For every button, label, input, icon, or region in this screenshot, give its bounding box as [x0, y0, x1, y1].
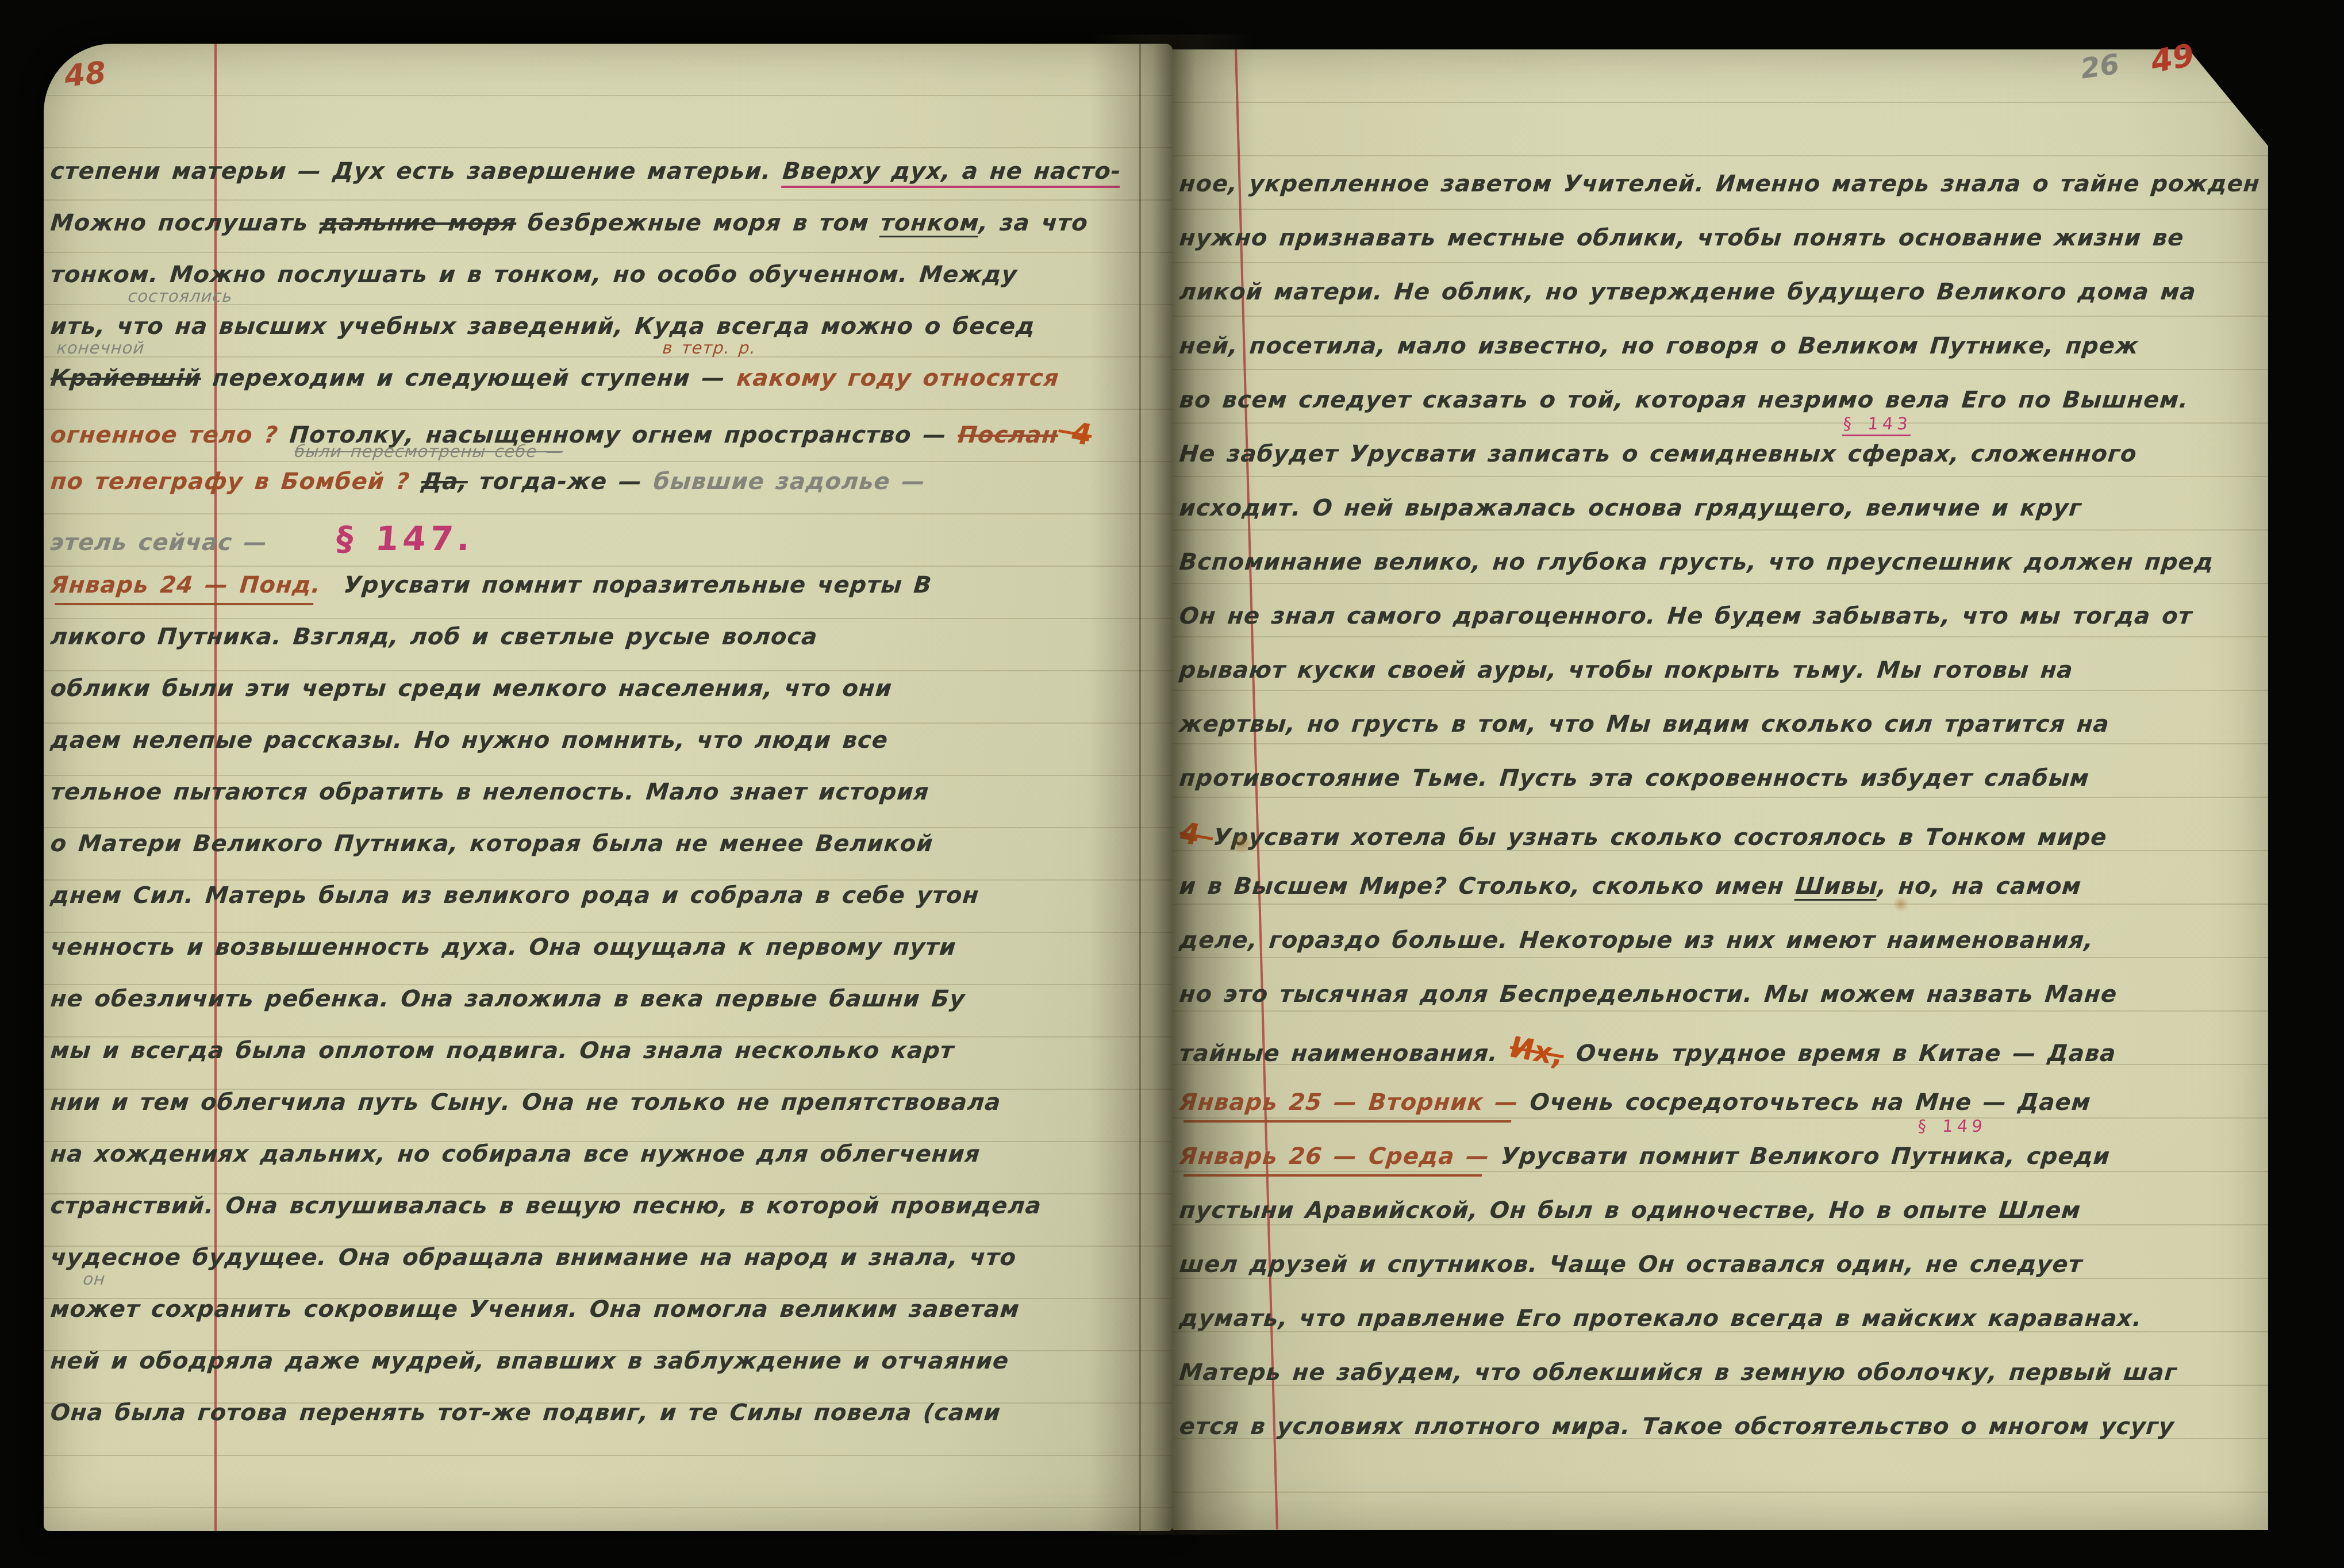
manuscript-line: и в Высшем Мире? Столько, сколько имен Ш… — [1178, 874, 2265, 899]
pencil-note: состоялись — [127, 287, 233, 306]
handwriting-text: Урусвати хотела бы узнать сколько состоя… — [1212, 824, 2108, 851]
manuscript-line: днем Сил. Матерь была из великого рода и… — [49, 883, 1169, 908]
handwriting-text: ется в условиях плотного мира. Такое обс… — [1178, 1413, 2176, 1440]
date-heading: Январь 25 — Вторник — — [1178, 1089, 1519, 1120]
manuscript-line: были пересмотрены себе —по телеграфу в Б… — [49, 469, 1169, 494]
handwriting-text: исходит. О ней выражалась основа грядуще… — [1178, 495, 2082, 521]
notebook-left-page: степени матерьи — Дух есть завершение ма… — [44, 44, 1173, 1531]
insertion-mark: 4 — [1176, 817, 1217, 854]
handwriting-text: Крайевшій — [49, 365, 202, 391]
handwriting-text: безбрежные моря в том — [515, 210, 882, 236]
manuscript-line: ликой матери. Не облик, но утверждение б… — [1178, 279, 2265, 305]
red-ink-note: Послан — [957, 422, 1060, 448]
manuscript-line: шел друзей и спутников. Чаще Он оставалс… — [1178, 1252, 2265, 1277]
red-ink-note: огненное тело ? — [49, 422, 291, 448]
manuscript-line: нужно признавать местные облики, чтобы п… — [1178, 225, 2265, 251]
handwriting-text: Да, — [420, 468, 469, 495]
handwriting-text: шел друзей и спутников. Чаще Он оставалс… — [1178, 1251, 2084, 1278]
handwriting-text: не обезличить ребенка. Она заложила в ве… — [49, 986, 966, 1012]
manuscript-line: огненное тело ? Потолку, насыщенному огн… — [49, 417, 1170, 449]
handwriting-text: противостояние Тьме. Пусть эта сокровенн… — [1178, 765, 2091, 791]
handwriting-text: мы и всегда была оплотом подвига. Она зн… — [49, 1037, 955, 1064]
manuscript-line: Январь 24 — Понд. Урусвати помнит порази… — [49, 572, 1169, 598]
handwriting-text: чудесное будущее. Она обращала внимание … — [49, 1244, 1017, 1271]
red-ink-note: по телеграфу в Бомбей ? — [49, 468, 422, 495]
handwriting-text: может сохранить сокровище Учения. Она по… — [49, 1296, 1021, 1323]
handwriting-text: ней и ободряла даже мудрей, впавших в за… — [49, 1348, 1010, 1374]
manuscript-line: о Матери Великого Путника, которая была … — [49, 831, 1169, 856]
manuscript-line: тайные наименования. Их, Очень трудное в… — [1178, 1036, 2265, 1067]
manuscript-line: Она была готова перенять тот-же подвиг, … — [49, 1400, 1169, 1425]
handwriting-text: ное, укрепленное заветом Учителей. Именн… — [1178, 171, 2261, 197]
handwriting-text: тогда-же — — [467, 468, 655, 495]
handwriting-text: Вспоминание велико, но глубока грусть, ч… — [1178, 549, 2215, 575]
manuscript-line: чудесное будущее. Она обращала внимание … — [49, 1245, 1169, 1270]
handwriting-text: нужно признавать местные облики, чтобы п… — [1178, 225, 2185, 251]
handwriting-text: ликого Путника. Взгляд, лоб и светлые ру… — [49, 624, 819, 650]
handwriting-text: Шивы — [1794, 873, 1879, 900]
manuscript-line: но это тысячная доля Беспредельности. Мы… — [1178, 982, 2265, 1007]
manuscript-line: противостояние Тьме. Пусть эта сокровенн… — [1178, 766, 2265, 791]
pencil-note: он — [82, 1270, 106, 1289]
handwriting-text: ченность и возвышенность духа. Она ощуща… — [49, 934, 957, 960]
manuscript-line: ней и ободряла даже мудрей, впавших в за… — [49, 1348, 1169, 1374]
pencil-note: были пересмотрены себе — — [294, 443, 564, 461]
page-number-right: 49 — [2148, 37, 2197, 80]
manuscript-line: Вспоминание велико, но глубока грусть, ч… — [1178, 549, 2265, 575]
manuscript-line: ное, укрепленное заветом Учителей. Именн… — [1178, 171, 2265, 197]
manuscript-line: Матерь не забудем, что облекшийся в земн… — [1178, 1360, 2265, 1385]
manuscript-line: жертвы, но грусть в том, что Мы видим ск… — [1178, 712, 2265, 737]
handwriting-text: переходим и следующей ступени — — [200, 365, 738, 391]
handwriting-text: на хождениях дальних, но собирала все ну… — [49, 1141, 981, 1167]
handwriting-text: Урусвати помнит поразительные черты В — [320, 572, 933, 598]
manuscript-line: § 143Не забудет Урусвати записать о семи… — [1178, 441, 2265, 467]
handwriting-text: Он не знал самого драгоценного. Не будем… — [1178, 603, 2193, 629]
handwriting-text: , за что — [978, 210, 1089, 236]
manuscript-line: состоялисьить, что на высших учебных зав… — [49, 314, 1169, 339]
manuscript-line: думать, что правление Его протекало всег… — [1178, 1306, 2265, 1331]
handwriting-text: тайные наименования. — [1178, 1040, 1511, 1067]
insertion-mark: Их, — [1507, 1031, 1568, 1072]
notebook-right-page: ное, укрепленное заветом Учителей. Именн… — [1173, 49, 2268, 1530]
handwriting-text: днем Сил. Матерь была из великого рода и… — [49, 882, 980, 909]
handwriting-text: даем нелепые рассказы. Но нужно помнить,… — [49, 727, 889, 754]
left-page-text: степени матерьи — Дух есть завершение ма… — [44, 44, 1173, 1531]
handwriting-text: степени матерьи — Дух есть завершение ма… — [49, 158, 784, 185]
red-ink-note: в тетр. р. — [662, 339, 756, 358]
manuscript-line: мы и всегда была оплотом подвига. Она зн… — [49, 1038, 1169, 1063]
pencil-note: бывшие задолье — — [652, 468, 927, 495]
manuscript-line: рывают куски своей ауры, чтобы покрыть т… — [1178, 658, 2265, 683]
handwriting-text: нии и тем облегчила путь Сыну. Она не то… — [49, 1089, 1002, 1116]
manuscript-line: тельное пытаются обратить в нелепость. М… — [49, 779, 1169, 805]
handwriting-text: облики были эти черты среди мелкого насе… — [49, 675, 893, 702]
handwriting-text: и в Высшем Мире? Столько, сколько имен — [1178, 873, 1797, 900]
handwriting-text: пустыни Аравийской, Он был в одиночестве… — [1178, 1197, 2082, 1224]
handwriting-text: Урусвати помнит Великого Путника, среди — [1488, 1143, 2111, 1170]
handwriting-text: тонком — [879, 210, 981, 236]
manuscript-line: онможет сохранить сокровище Учения. Она … — [49, 1297, 1169, 1322]
handwriting-text: ней, посетила, мало известно, но говоря … — [1178, 333, 2140, 359]
manuscript-line: ней, посетила, мало известно, но говоря … — [1178, 333, 2265, 359]
handwriting-text: о Матери Великого Путника, которая была … — [49, 831, 934, 857]
insertion-mark: 4 — [1055, 414, 1096, 451]
manuscript-line: не обезличить ребенка. Она заложила в ве… — [49, 986, 1169, 1012]
handwriting-text: жертвы, но грусть в том, что Мы видим ск… — [1178, 711, 2111, 737]
manuscript-line: даем нелепые рассказы. Но нужно помнить,… — [49, 728, 1169, 753]
handwriting-text: Очень сосредоточьтесь на Мне — Даем — [1517, 1089, 2092, 1116]
paragraph-number: § 147. — [335, 519, 475, 558]
handwriting-text: Матерь не забудем, что облекшийся в земн… — [1178, 1359, 2178, 1386]
page-number-pencil: 26 — [2078, 48, 2121, 86]
manuscript-line: степени матерьи — Дух есть завершение ма… — [49, 159, 1169, 184]
pencil-note: этель сейчас — — [49, 529, 337, 556]
handwriting-text: Не забудет Урусвати записать о семидневн… — [1178, 441, 2138, 467]
paragraph-number: Вверху дух, а не насто- — [782, 158, 1123, 185]
manuscript-line: § 149Январь 26 — Среда — Урусвати помнит… — [1178, 1144, 2265, 1169]
handwriting-text: , но, на самом — [1877, 873, 2083, 900]
manuscript-line: Он не знал самого драгоценного. Не будем… — [1178, 604, 2265, 629]
manuscript-line: деле, гораздо больше. Некоторые из них и… — [1178, 928, 2265, 953]
manuscript-line: 4 Урусвати хотела бы узнать сколько сост… — [1178, 820, 2265, 851]
handwriting-text: рывают куски своей ауры, чтобы покрыть т… — [1178, 657, 2074, 683]
right-page-text: ное, укрепленное заветом Учителей. Именн… — [1173, 49, 2268, 1530]
page-number-left: 48 — [63, 55, 107, 94]
handwriting-text: ить, что на высших учебных заведений, Ку… — [49, 313, 1036, 340]
handwriting-text: во всем следует сказать о той, которая н… — [1178, 387, 2189, 413]
manuscript-line: Можно послушать дальние моря безбрежные … — [49, 210, 1169, 236]
date-heading: Январь 26 — Среда — — [1178, 1143, 1490, 1174]
manuscript-line: этель сейчас — § 147. — [49, 521, 1170, 558]
handwriting-text: Очень трудное время в Китае — Дава — [1563, 1040, 2117, 1067]
paragraph-number: § 149 — [1917, 1117, 1987, 1136]
scanned-notebook-spread: степени матерьи — Дух есть завершение ма… — [0, 0, 2344, 1568]
handwriting-text: тельное пытаются обратить в нелепость. М… — [49, 779, 930, 805]
handwriting-text: деле, гораздо больше. Некоторые из них и… — [1178, 927, 2095, 954]
manuscript-line: ликого Путника. Взгляд, лоб и светлые ру… — [49, 624, 1169, 650]
manuscript-line: ется в условиях плотного мира. Такое обс… — [1178, 1414, 2265, 1439]
manuscript-line: на хождениях дальних, но собирала все ну… — [49, 1142, 1169, 1167]
manuscript-line: нии и тем облегчила путь Сыну. Она не то… — [49, 1090, 1169, 1115]
handwriting-text: ликой матери. Не облик, но утверждение б… — [1178, 279, 2197, 305]
paragraph-number: § 143 — [1842, 415, 1912, 433]
manuscript-line: конечнойв тетр. р.Крайевшій переходим и … — [49, 366, 1169, 391]
handwriting-text: Она была готова перенять тот-же подвиг, … — [49, 1400, 1002, 1426]
manuscript-line: странствий. Она вслушивалась в вещую пес… — [49, 1193, 1169, 1219]
handwriting-text: дальние моря — [318, 210, 517, 236]
manuscript-line: исходит. О ней выражалась основа грядуще… — [1178, 495, 2265, 521]
manuscript-line: ченность и возвышенность духа. Она ощуща… — [49, 935, 1169, 960]
manuscript-line: Январь 25 — Вторник — Очень сосредоточьт… — [1178, 1090, 2265, 1115]
handwriting-text: странствий. Она вслушивалась в вещую пес… — [49, 1193, 1043, 1219]
manuscript-line: во всем следует сказать о той, которая н… — [1178, 387, 2265, 413]
date-heading: Январь 24 — Понд. — [49, 572, 322, 603]
manuscript-line: пустыни Аравийской, Он был в одиночестве… — [1178, 1198, 2265, 1223]
manuscript-line: облики были эти черты среди мелкого насе… — [49, 676, 1169, 701]
red-ink-note: какому году относятся — [736, 365, 1060, 391]
handwriting-text: думать, что правление Его протекало всег… — [1178, 1305, 2143, 1332]
pencil-note: конечной — [56, 339, 145, 358]
handwriting-text: тонком. Можно послушать и в тонком, но о… — [49, 262, 1019, 288]
handwriting-text: Можно послушать — [49, 210, 321, 236]
handwriting-text: но это тысячная доля Беспредельности. Мы… — [1178, 981, 2118, 1008]
manuscript-line: тонком. Можно послушать и в тонком, но о… — [49, 262, 1169, 287]
